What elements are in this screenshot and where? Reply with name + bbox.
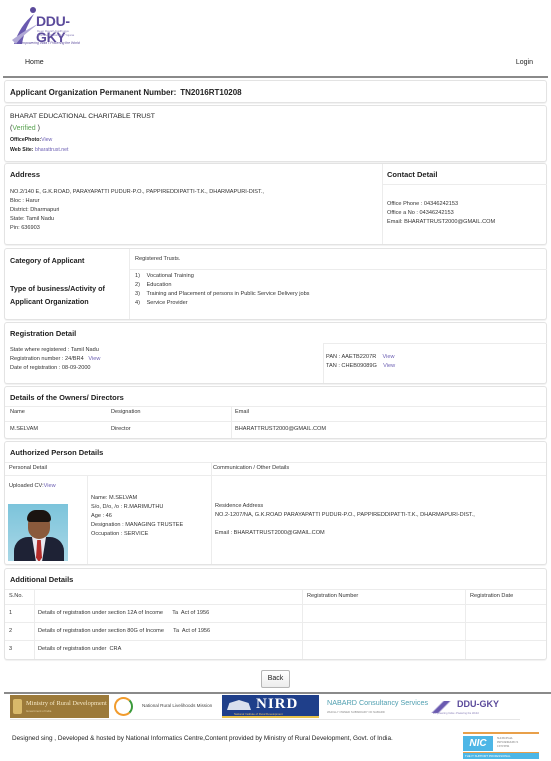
partner-logo-nabard[interactable]: NABARD Consultancy Services WHOLLY OWNED… [325,695,417,718]
owner-name: M.SELVAM [10,425,38,434]
person-designation: Designation : MANAGING TRUSTEE [91,521,183,530]
logo-subtitle-2: Grameen Kaushalya Yojana [37,33,74,37]
person-occupation: Occupation : SERVICE [91,530,183,539]
partner-logo-nrlm[interactable]: National Rural Livelihoods Mission [112,695,218,718]
logo-tagline: Empowering India • Powering the World [20,41,80,45]
column-divider [382,164,383,244]
address-pin: Pin: 636903 [10,224,264,233]
footer-divider [10,719,520,720]
row-divider [129,269,547,270]
owners-header-designation: Designation [111,408,141,417]
residence-label: Residence Address [215,502,475,511]
activity-item: 4) Service Provider [135,299,309,308]
column-divider [87,475,88,564]
organization-name: BHARAT EDUCATIONAL CHARITABLE TRUST [10,113,155,120]
row-divider [382,184,547,185]
column-divider [129,249,130,319]
personal-info: Name: M.SELVAM S/o, D/o, /o : R.MARIMUTH… [91,494,183,539]
pan-view-link[interactable]: View [382,354,394,360]
back-button[interactable]: Back [261,670,290,688]
row-divider [5,406,546,407]
contact-body: Office Phone : 04346242153 Office a No :… [387,200,495,227]
pan-row: PAN : AAETB2207R View [326,353,395,362]
partner-logo-mord[interactable]: Ministry of Rural Development Government… [10,695,109,718]
office-photo-row: OfficePhoto:View [10,137,52,143]
column-divider [323,343,324,383]
address-district: District: Dharmapuri [10,206,264,215]
registration-number-row: Registration number : 24/BR4 View [10,355,100,364]
person-name: Name: M.SELVAM [91,494,183,503]
footer-divider [4,692,551,694]
activity-item: 1) Vocational Training [135,272,309,281]
tan-row: TAN : CHEB09089G View [326,362,395,371]
row-description: Details of registration under section 12… [38,609,209,618]
address-line: NO.2/140 E, G.K.ROAD, PARAYAPATTI PUDUR-… [10,188,264,197]
header-sno: S.No. [9,592,23,601]
office-fax: Office a No : 04346242153 [387,209,495,218]
website-label: Web Site: [10,147,34,153]
column-divider [302,589,303,659]
permanent-number-label: Applicant Organization Permanent Number: [10,88,176,97]
contact-heading: Contact Detail [387,170,437,179]
personal-detail-header: Personal Detail [9,464,47,473]
owner-designation: Director [111,425,131,434]
office-photo-label: OfficePhoto: [10,137,41,143]
nrlm-emblem-icon [114,697,133,716]
additional-details-panel: Additional Details S.No. Registration Nu… [4,568,547,660]
permanent-number-heading: Applicant Organization Permanent Number:… [10,88,242,97]
row-divider [5,462,546,463]
person-relation: S/o, D/o, /o : R.MARIMUTHU [91,503,183,512]
row-sno: 3 [9,645,12,654]
additional-details-heading: Additional Details [10,575,73,584]
category-panel: Category of Applicant Type of business/A… [4,248,547,320]
column-divider [465,589,466,659]
column-divider [34,589,35,659]
contact-email: Email: BHARATTRUST2000@GMAIL.COM [387,218,495,227]
authorized-person-panel: Authorized Person Details Personal Detai… [4,441,547,565]
website-link[interactable]: bharattrust.net [35,147,68,153]
activity-item: 3) Training and Placement of persons in … [135,290,309,299]
residence-address: NO.2-1207/NA, G.K.ROAD PARAYAPATTI PUDUR… [215,511,475,520]
row-sno: 2 [9,627,12,636]
nic-badge: NIC [463,736,493,751]
uploaded-cv-row: Uploaded CV:View [9,482,56,491]
permanent-number-panel: Applicant Organization Permanent Number:… [4,80,547,103]
verified-badge: Verified [12,125,35,132]
address-contact-panel: Address NO.2/140 E, G.K.ROAD, PARAYAPATT… [4,163,547,245]
partner-logo-ddu-gky[interactable]: DDU-GKY Empowering India • Powering the … [423,695,523,718]
header-registration-date: Registration Date [470,592,513,601]
office-phone: Office Phone : 04346242153 [387,200,495,209]
authorized-person-heading: Authorized Person Details [10,448,103,457]
row-description: Details of registration under section 80… [38,627,210,636]
communication-info: Residence Address NO.2-1207/NA, G.K.ROAD… [215,502,475,538]
nav-home-link[interactable]: Home [25,59,44,66]
permanent-number-value: TN2016RT10208 [180,88,241,97]
authorized-person-photo [8,504,68,561]
activity-list: 1) Vocational Training 2) Education 3) T… [135,272,309,308]
nic-logo[interactable]: NIC NATIONAL INFORMATICS CENTER THE IT S… [463,732,539,761]
address-state: State: Tamil Nadu [10,215,264,224]
top-nav: Home Login [0,56,551,76]
registration-panel: Registration Detail State where register… [4,322,547,384]
owners-header-name: Name [10,408,25,417]
footer-credits: Designed sing , Developed & hosted by Na… [12,735,393,742]
pan-tan-body: PAN : AAETB2207R View TAN : CHEB09089G V… [326,353,395,371]
owners-heading: Details of the Owners/ Directors [10,393,124,402]
address-heading: Address [10,170,40,179]
partner-logo-nird[interactable]: NIRD National Institute of Rural Develop… [222,695,319,718]
registration-state: State where registered : Tamil Nadu [10,346,100,355]
nav-divider [3,76,548,78]
building-icon [227,700,251,710]
nav-login-link[interactable]: Login [516,59,533,66]
address-body: NO.2/140 E, G.K.ROAD, PARAYAPATTI PUDUR-… [10,188,264,233]
row-description: Details of registration under CRA [38,645,121,654]
business-activity-label: Type of business/Activity of Applicant O… [10,282,105,308]
cv-view-link[interactable]: View [44,483,56,489]
office-photo-view-link[interactable]: View [41,137,52,143]
person-age: Age : 46 [91,512,183,521]
registration-view-link[interactable]: View [88,356,100,362]
tan-view-link[interactable]: View [383,363,395,369]
category-value: Registered Trusts. [135,255,180,264]
address-block: Bloc : Harur [10,197,264,206]
owners-panel: Details of the Owners/ Directors Name De… [4,386,547,439]
activity-item: 2) Education [135,281,309,290]
website-row: Web Site: bharattrust.net [10,147,68,153]
owner-email: BHARATTRUST2000@GMAIL.COM [235,425,326,434]
ddu-gky-logo[interactable]: DDU-GKY Deen Dayal Upadhyaya Grameen Kau… [10,4,90,48]
registration-body: State where registered : Tamil Nadu Regi… [10,346,100,373]
verification-status: (Verified ) [10,125,40,132]
owners-header-email: Email [235,408,249,417]
column-divider [211,462,212,564]
row-divider [323,343,547,344]
national-emblem-icon [13,699,22,714]
registration-date: Date of registration : 08-09-2000 [10,364,100,373]
column-divider [231,406,232,438]
registration-heading: Registration Detail [10,329,76,338]
communication-header: Communication / Other Details [213,464,289,473]
category-label: Category of Applicant [10,256,84,265]
row-divider [5,421,546,422]
header-registration-number: Registration Number [307,592,358,601]
person-email: Email : BHARATTRUST2000@GMAIL.COM [215,529,475,538]
row-sno: 1 [9,609,12,618]
organization-panel: BHARAT EDUCATIONAL CHARITABLE TRUST (Ver… [4,105,547,162]
